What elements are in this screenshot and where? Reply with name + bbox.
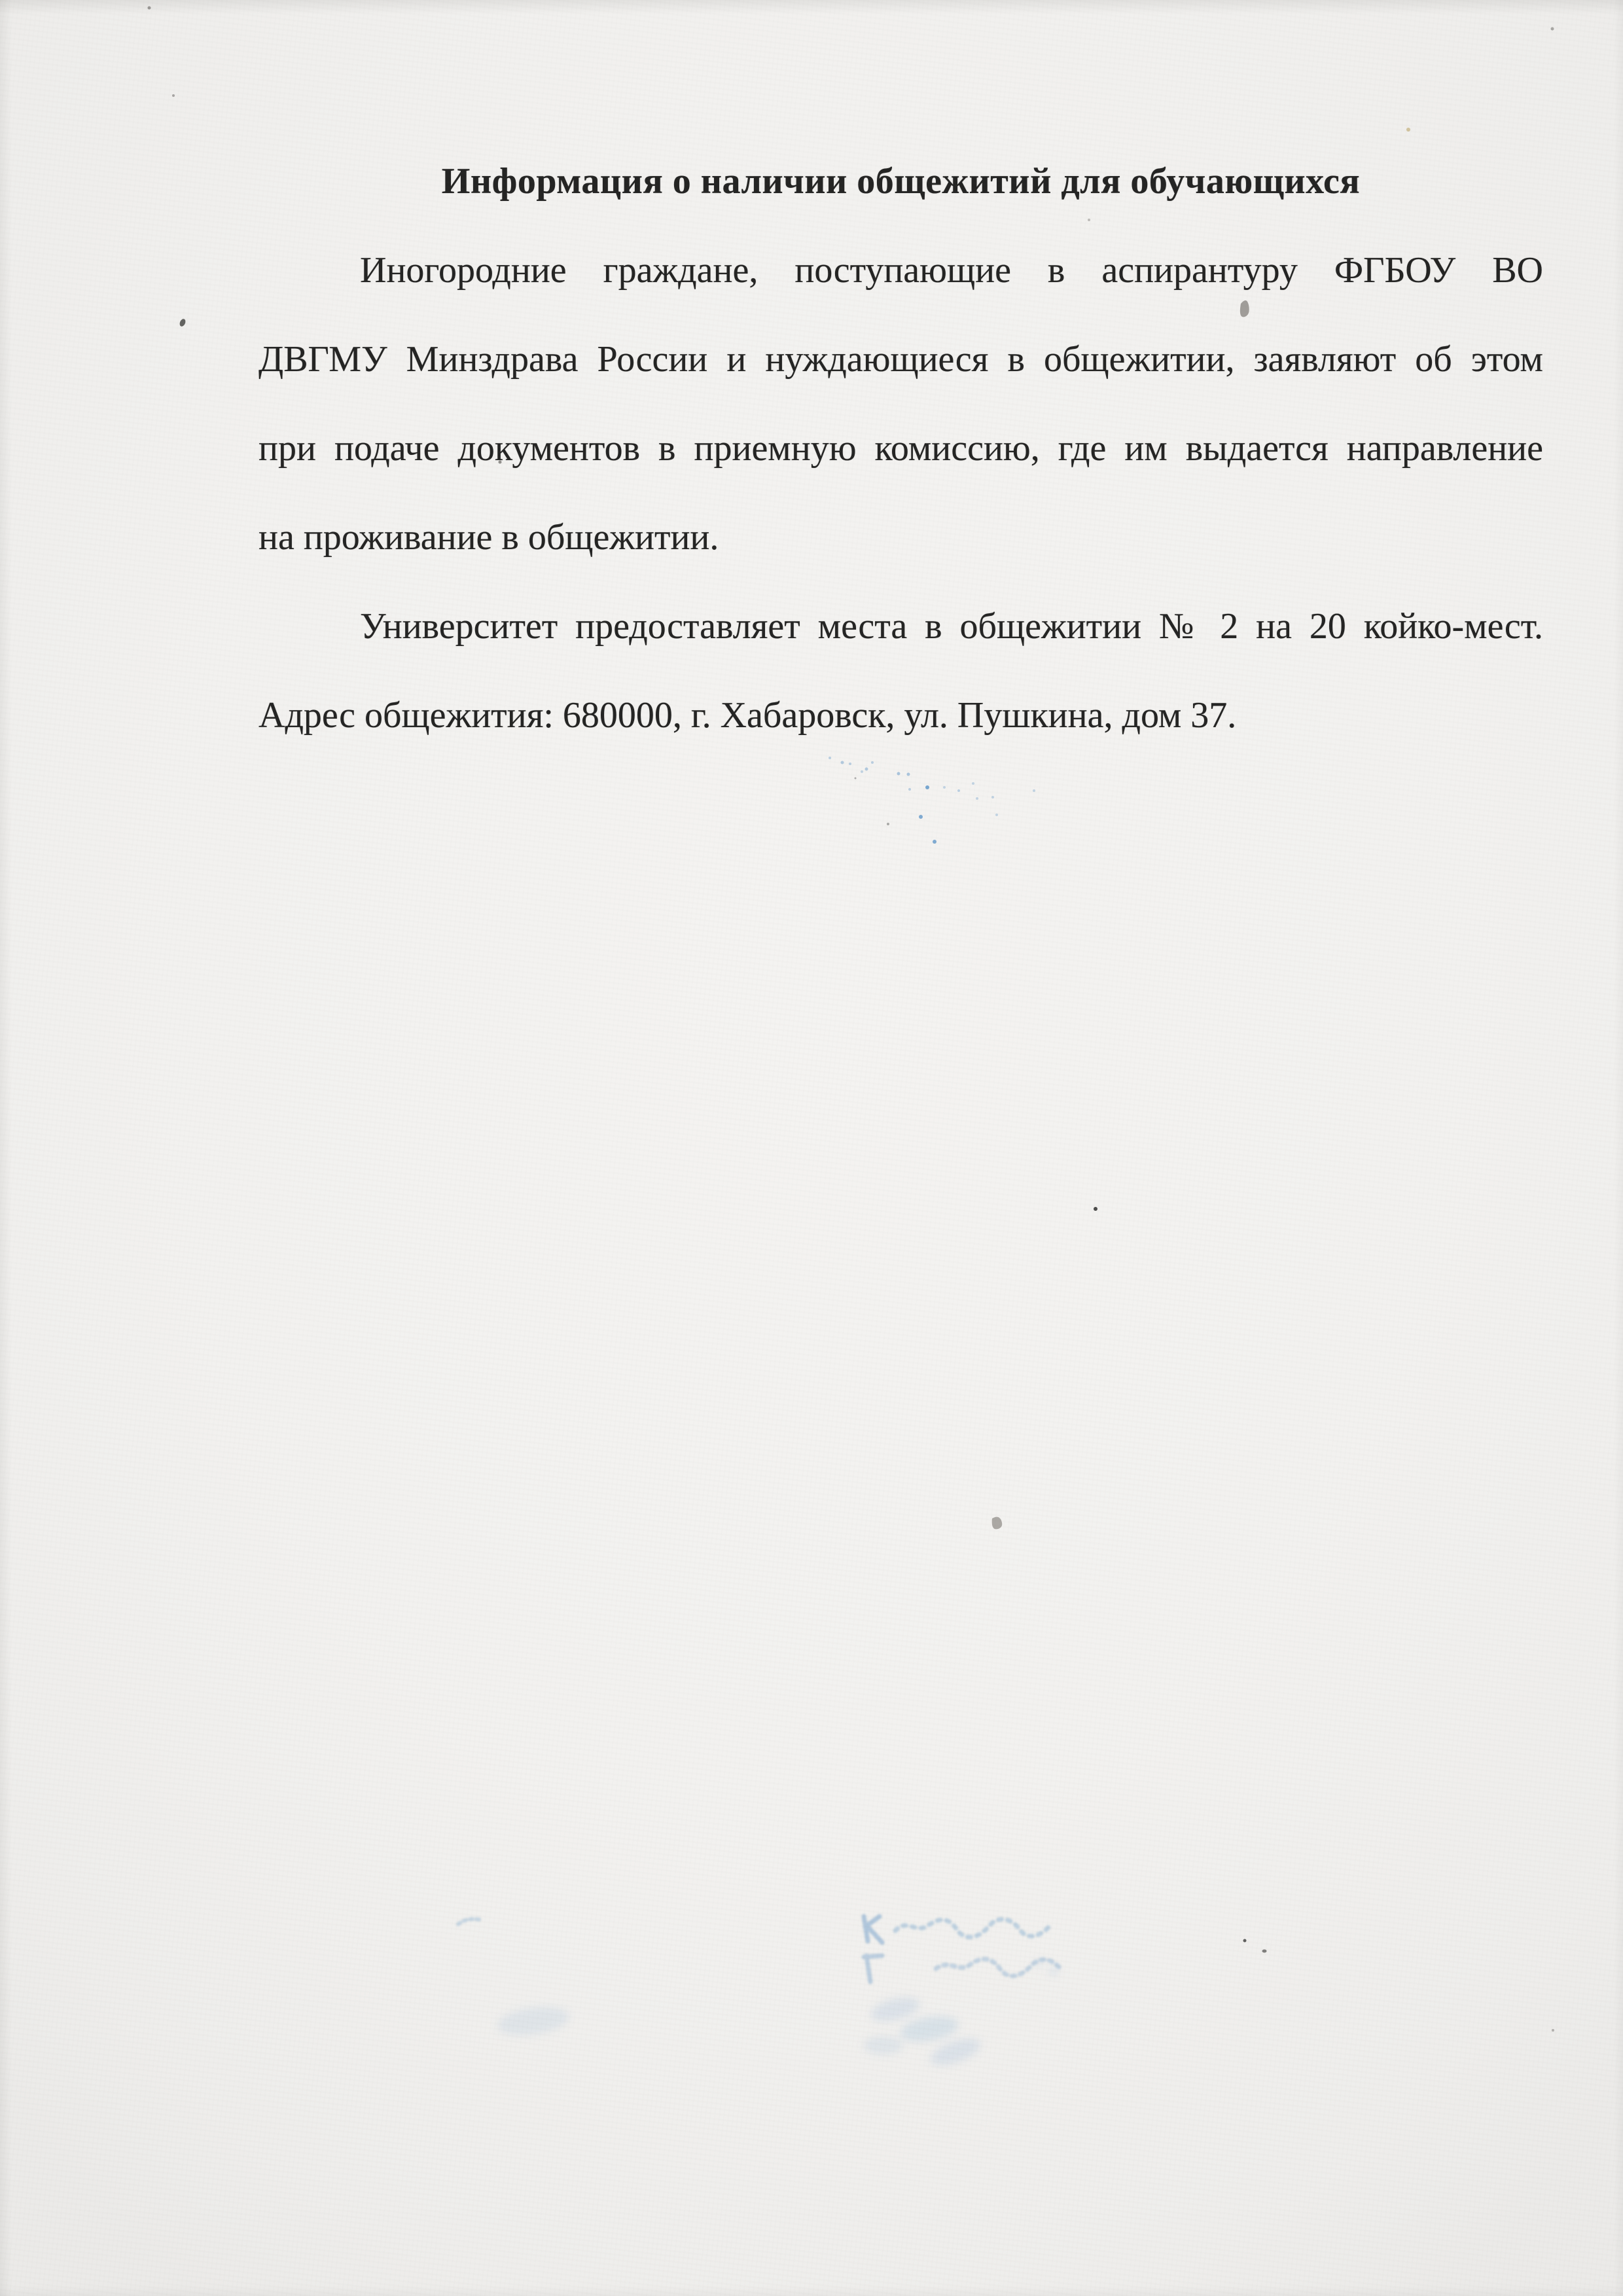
body-line-6: Адрес общежития: 680000, г. Хабаровск, у… [259, 671, 1543, 760]
ink-dot-cluster [829, 757, 1035, 844]
ink-bleed-scribbles [458, 1916, 1061, 1982]
ink-bleed-smudges [496, 1961, 1057, 2071]
document-title: Информация о наличии общежитий для обуча… [259, 137, 1543, 226]
body-line-4: на проживание в общежитии. [259, 493, 1543, 582]
body-line-3: при подаче документов в приемную комисси… [259, 404, 1543, 493]
body-line-2: ДВГМУ Минздрава России и нуждающиеся в о… [259, 315, 1543, 404]
body-line-5: Университет предоставляет места в общежи… [259, 582, 1543, 671]
body-line-1: Иногородние граждане, поступающие в аспи… [259, 226, 1543, 315]
document-text: Информация о наличии общежитий для обуча… [259, 137, 1543, 760]
scanned-page: Информация о наличии общежитий для обуча… [0, 0, 1623, 2296]
